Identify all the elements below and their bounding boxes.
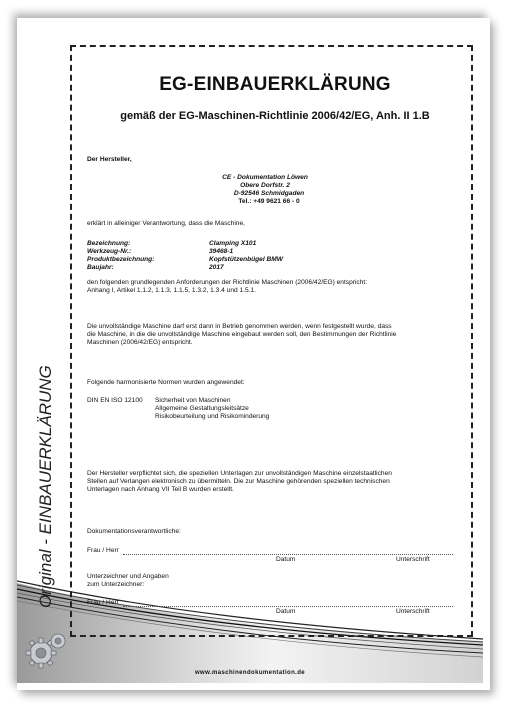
document-page: www.maschinendokumentation.de Original -… [17, 18, 490, 690]
standards-heading: Folgende harmonisierte Normen wurden ang… [87, 379, 245, 387]
date-label: Datum [276, 556, 295, 564]
signatory-label: zum Unterzeichner: [87, 581, 144, 589]
field-label: Produktbezeichnung: [87, 256, 154, 264]
name-label: Frau / Herr [87, 599, 119, 607]
standard-code: DIN EN ISO 12100 [87, 397, 143, 405]
name-signature-line[interactable] [123, 606, 453, 607]
obligation-line: Unterlagen nach Anhang VII Teil B wurden… [87, 486, 234, 494]
manufacturer-street: Obere Dorfstr. 2 [145, 182, 385, 190]
obligation-line: Der Hersteller verpflichtet sich, die sp… [87, 470, 392, 478]
date-label: Datum [276, 608, 295, 616]
manufacturer-city: D-92546 Schmidgaden [149, 190, 389, 198]
field-value: Clamping X101 [209, 240, 256, 248]
standard-line: Risikobeurteilung und Risikominderung [155, 413, 269, 421]
document-subtitle: gemäß der EG-Maschinen-Richtlinie 2006/4… [85, 110, 465, 122]
commissioning-line: die Maschine, in die die unvollständige … [87, 331, 396, 339]
doc-responsible-label: Dokumentationsverantwortliche: [87, 528, 181, 536]
name-signature-line[interactable] [123, 554, 453, 555]
side-label: Original - EINBAUERKLÄRUNG [34, 388, 58, 608]
requirements-line: den folgenden grundlegenden Anforderunge… [87, 279, 367, 287]
commissioning-line: Maschinen (2006/42/EG) entspricht. [87, 339, 193, 347]
standard-line: Allgemeine Gestaltungsleitsätze [155, 405, 249, 413]
standard-line: Sicherheit von Maschinen [155, 397, 231, 405]
obligation-line: Stellen auf Verlangen elektronisch zu üb… [87, 478, 390, 486]
commissioning-line: Die unvollständige Maschine darf erst da… [87, 323, 392, 331]
field-value: 39468-1 [209, 248, 233, 256]
document-title: EG-EINBAUERKLÄRUNG [85, 74, 465, 96]
name-label: Frau / Herr [87, 547, 119, 555]
signatory-label: Unterzeichner und Angaben [87, 573, 169, 581]
manufacturer-phone: Tel.: +49 9621 66 - 0 [149, 198, 389, 206]
field-value: Kopfstützenbügel BMW [209, 256, 283, 264]
manufacturer-heading: Der Hersteller, [87, 156, 132, 164]
field-label: Bezeichnung: [87, 240, 130, 248]
field-label: Werkzeug-Nr.: [87, 248, 131, 256]
signature-label: Unterschrift [396, 556, 430, 564]
footer-url: www.maschinendokumentation.de [17, 670, 483, 676]
signature-label: Unterschrift [396, 608, 430, 616]
field-value: 2017 [209, 264, 224, 272]
requirements-line: Anhang I, Artikel 1.1.2, 1.1.3, 1.1.5, 1… [87, 287, 256, 295]
gear-icon [25, 633, 69, 673]
declaration-intro: erklärt in alleiniger Verantwortung, das… [87, 220, 245, 228]
field-label: Baujahr: [87, 264, 114, 272]
manufacturer-name: CE - Dokumentation Löwen [145, 174, 385, 182]
